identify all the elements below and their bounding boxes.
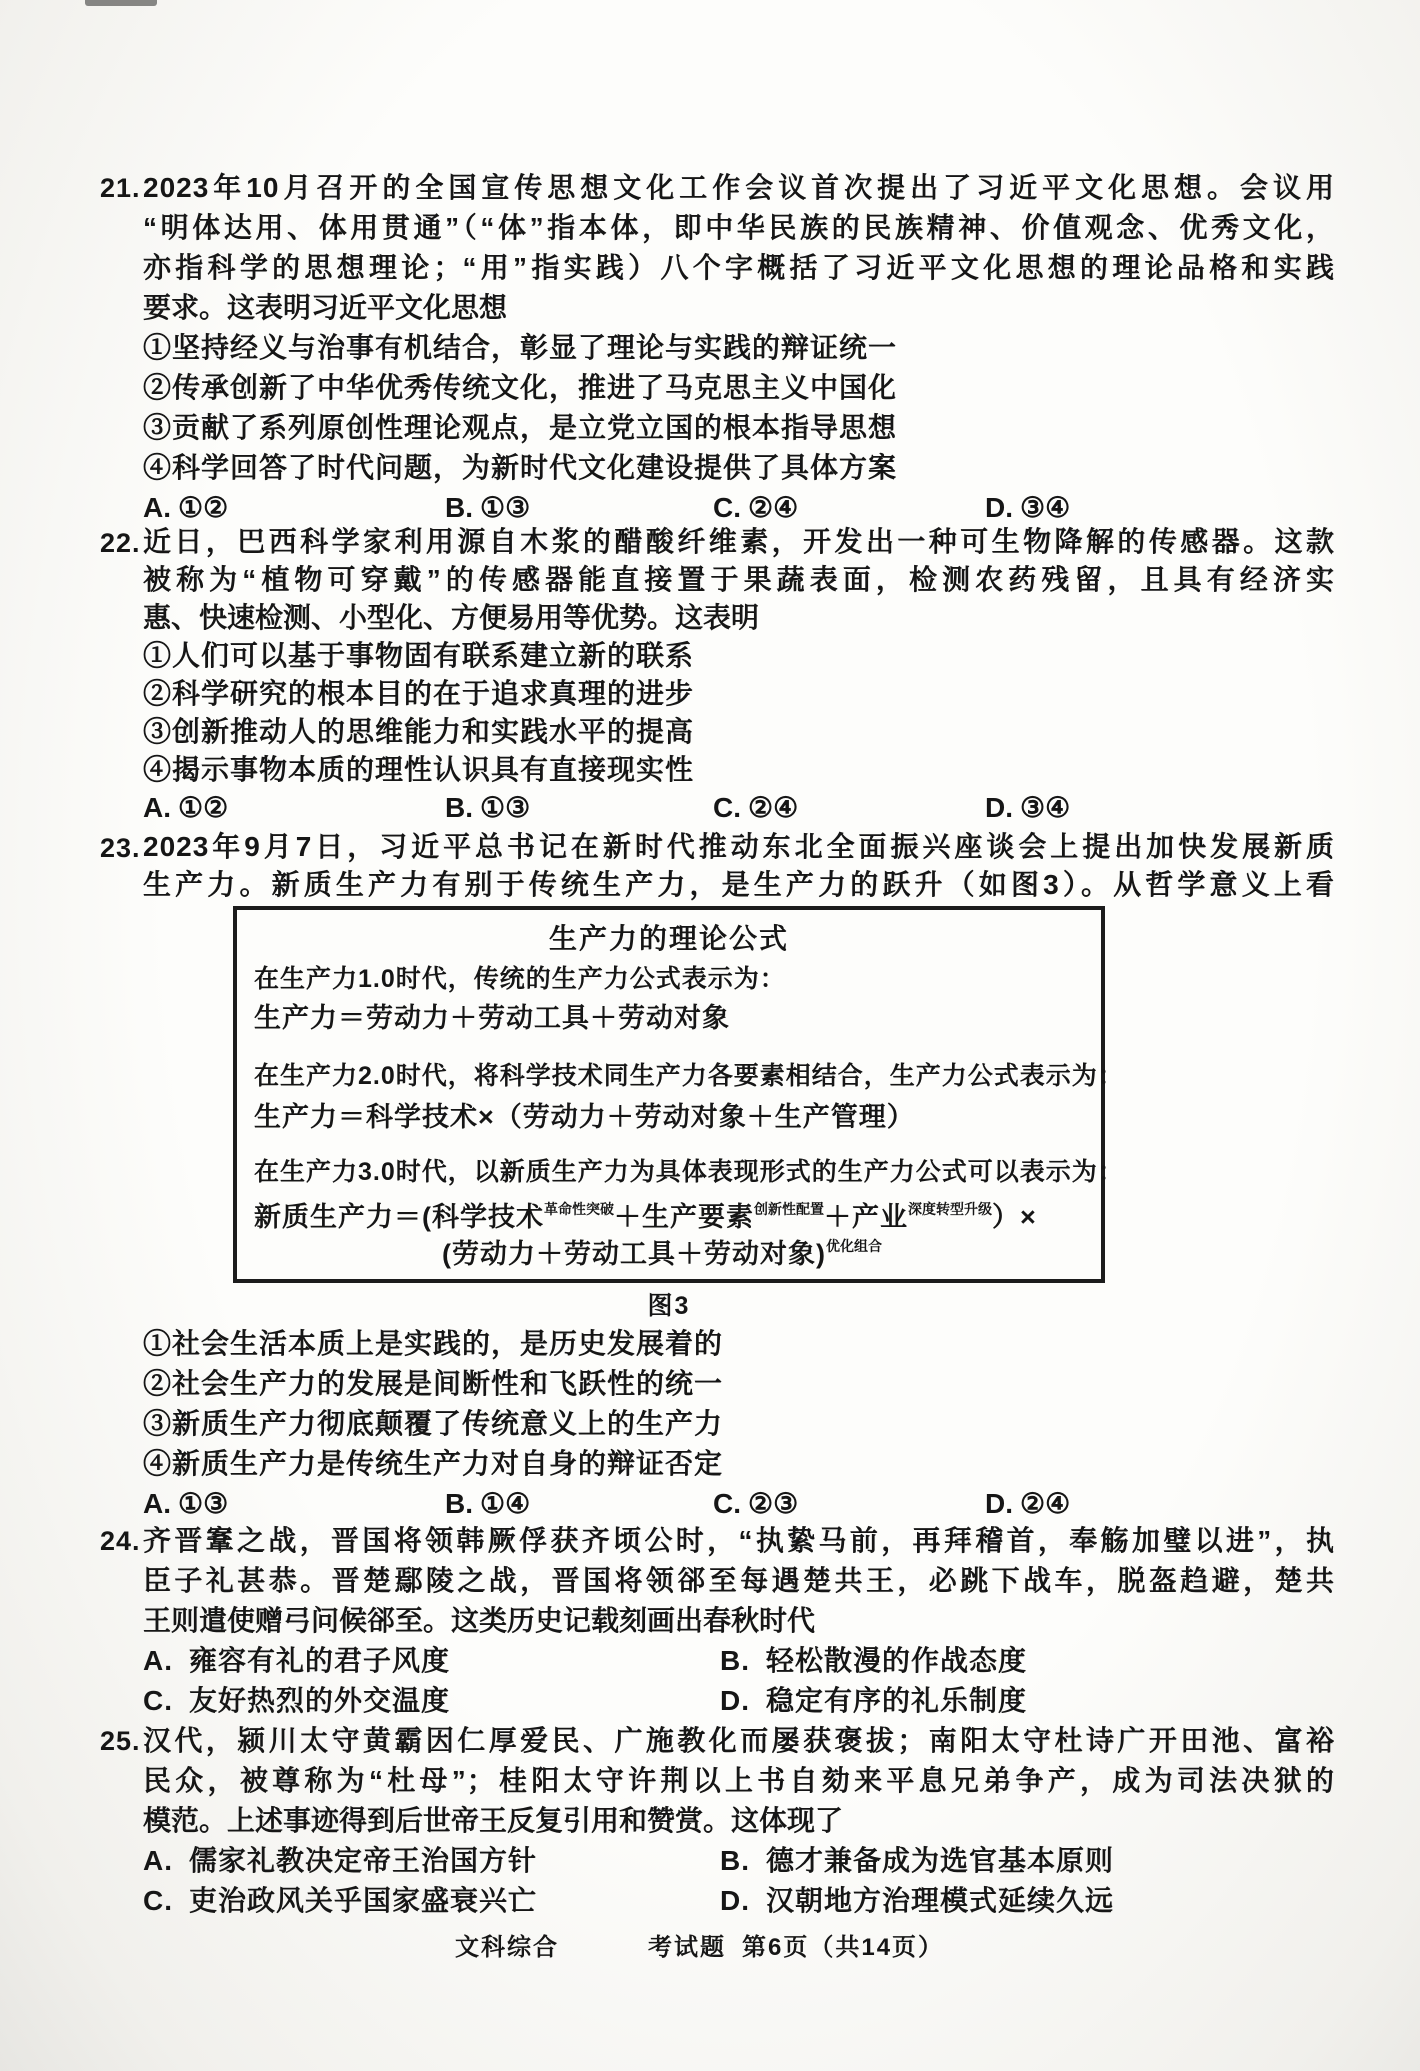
option-label: A. [143, 792, 171, 823]
option-value: ①④ [480, 1488, 530, 1519]
question-25: 25. 汉代，颍川太守黄霸因仁厚爱民、广施教化而屡获褒拔；南阳太守杜诗广开田池、… [100, 1721, 1350, 1921]
option-item: A.①② [143, 789, 228, 827]
statement-list: ①坚持经义与治事有机结合，彰显了理论与实践的辩证统一 ②传承创新了中华优秀传统文… [143, 328, 1335, 488]
stem-line: 2023年9月7日，习近平总书记在新时代推动东北全面振兴座谈会上提出加快发展新质 [143, 828, 1335, 866]
statement-list: ①人们可以基于事物固有联系建立新的联系 ②科学研究的根本目的在于追求真理的进步 … [143, 637, 1335, 789]
question-23: 23. 2023年9月7日，习近平总书记在新时代推动东北全面振兴座谈会上提出加快… [100, 828, 1350, 904]
option-label: D. [985, 1488, 1013, 1519]
option-label: C. [713, 492, 741, 523]
footer-exam-label: 考试题 [648, 1928, 726, 1968]
option-text: 稳定有序的礼乐制度 [766, 1685, 1027, 1716]
options-row: A.①② B.①③ C.②④ D.③④ [143, 789, 1335, 829]
option-label: C. [143, 1885, 173, 1916]
stem-line: 民众，被尊称为“杜母”；桂阳太守许荆以上书自劾来平息兄弟争产，成为司法决狱的 [143, 1761, 1335, 1801]
question-number: 24. [100, 1521, 141, 1561]
option-label: B. [445, 1488, 473, 1519]
formula-superscript: 创新性配置 [754, 1201, 824, 1217]
question-21: 21. 2023年10月召开的全国宣传思想文化工作会议首次提出了习近平文化思想。… [100, 168, 1350, 528]
statement-line: ①社会生活本质上是实践的，是历史发展着的 [143, 1324, 1335, 1364]
formula-line: 生产力＝科学技术×（劳动力＋劳动对象＋生产管理） [254, 1097, 915, 1137]
option-item: A.①③ [143, 1484, 228, 1524]
option-item: D.稳定有序的礼乐制度 [720, 1681, 1027, 1721]
option-item: A.①② [143, 488, 228, 528]
stem-line: 惠、快速检测、小型化、方便易用等优势。这表明 [143, 599, 1335, 637]
stem-line: 齐晋鞌之战，晋国将领韩厥俘获齐顷公时，“执絷马前，再拜稽首，奉觞加璧以进”，执 [143, 1521, 1335, 1561]
stem-line: 王则遣使赠弓问候郤至。这类历史记载刻画出春秋时代 [143, 1601, 1335, 1641]
statement-line: ④新质生产力是传统生产力对自身的辩证否定 [143, 1444, 1335, 1484]
statement-line: ③贡献了系列原创性理论观点，是立党立国的根本指导思想 [143, 408, 1335, 448]
statement-line: ①坚持经义与治事有机结合，彰显了理论与实践的辩证统一 [143, 328, 1335, 368]
options-row: A.①③ B.①④ C.②③ D.②④ [143, 1484, 1335, 1524]
statement-line: ③创新推动人的思维能力和实践水平的提高 [143, 713, 1335, 751]
option-text: 雍容有礼的君子风度 [189, 1645, 450, 1676]
option-label: B. [445, 792, 473, 823]
formula-segment: (劳动力＋劳动工具＋劳动对象) [442, 1239, 826, 1269]
option-value: ①③ [480, 492, 530, 523]
question-23-statements: ①社会生活本质上是实践的，是历史发展着的 ②社会生产力的发展是间断性和飞跃性的统… [100, 1324, 1350, 1524]
footer-page-number: 第6页（共14页） [742, 1928, 944, 1968]
figure-title: 生产力的理论公式 [237, 919, 1101, 959]
formula-segment: ＋产业 [824, 1202, 908, 1232]
statement-line: ④科学回答了时代问题，为新时代文化建设提供了具体方案 [143, 448, 1335, 488]
stem-line: 汉代，颍川太守黄霸因仁厚爱民、广施教化而屡获褒拔；南阳太守杜诗广开田池、富裕 [143, 1721, 1335, 1761]
formula-segment: ）× [992, 1202, 1037, 1232]
option-value: ①② [178, 492, 228, 523]
option-item: C.吏治政风关乎国家盛衰兴亡 [143, 1881, 537, 1921]
option-text: 德才兼备成为选官基本原则 [766, 1845, 1114, 1876]
option-value: ①③ [178, 1488, 228, 1519]
formula-intro-line: 在生产力2.0时代，将科学技术同生产力各要素相结合，生产力公式表示为： [254, 1056, 1124, 1096]
statement-list: ①社会生活本质上是实践的，是历史发展着的 ②社会生产力的发展是间断性和飞跃性的统… [143, 1324, 1335, 1484]
option-label: A. [143, 1645, 173, 1676]
option-label: A. [143, 1845, 173, 1876]
option-text: 汉朝地方治理模式延续久远 [766, 1885, 1114, 1916]
formula-segment: ＋生产要素 [614, 1202, 754, 1232]
option-label: C. [143, 1685, 173, 1716]
figure-caption: 图3 [233, 1286, 1105, 1326]
option-value: ①② [178, 792, 228, 823]
statement-line: ①人们可以基于事物固有联系建立新的联系 [143, 637, 1335, 675]
option-item: A.儒家礼教决定帝王治国方针 [143, 1841, 537, 1881]
footer-subject: 文科综合 [455, 1928, 559, 1968]
page-footer: 文科综合 考试题 第6页（共14页） [0, 1928, 1420, 1968]
stem-line: “明体达用、体用贯通”（“体”指本体，即中华民族的民族精神、价值观念、优秀文化， [143, 208, 1335, 248]
option-value: ③④ [1020, 792, 1070, 823]
formula-segment: 新质生产力＝(科学技术 [254, 1202, 544, 1232]
figure-box: 生产力的理论公式 在生产力1.0时代，传统的生产力公式表示为： 生产力＝劳动力＋… [233, 906, 1105, 1283]
option-value: ②④ [1020, 1488, 1070, 1519]
option-item: C.友好热烈的外交温度 [143, 1681, 450, 1721]
option-item: B.①④ [445, 1484, 530, 1524]
scan-artifact [85, 0, 157, 6]
option-value: ②③ [748, 1488, 798, 1519]
option-label: D. [985, 492, 1013, 523]
option-value: ①③ [480, 792, 530, 823]
option-label: D. [720, 1885, 750, 1916]
question-number: 22. [100, 523, 141, 563]
statement-line: ②科学研究的根本目的在于追求真理的进步 [143, 675, 1335, 713]
statement-line: ③新质生产力彻底颠覆了传统意义上的生产力 [143, 1404, 1335, 1444]
statement-line: ④揭示事物本质的理性认识具有直接现实性 [143, 751, 1335, 789]
question-number: 21. [100, 168, 141, 208]
question-24: 24. 齐晋鞌之战，晋国将领韩厥俘获齐顷公时，“执絷马前，再拜稽首，奉觞加璧以进… [100, 1521, 1350, 1721]
option-label: B. [720, 1845, 750, 1876]
option-item: D.②④ [985, 1484, 1070, 1524]
options-row: A.①② B.①③ C.②④ D.③④ [143, 488, 1335, 528]
options-row: C.友好热烈的外交温度 D.稳定有序的礼乐制度 [143, 1681, 1335, 1721]
option-label: A. [143, 1488, 171, 1519]
statement-line: ②社会生产力的发展是间断性和飞跃性的统一 [143, 1364, 1335, 1404]
option-item: B.①③ [445, 789, 530, 827]
formula-line: (劳动力＋劳动工具＋劳动对象)优化组合 [442, 1234, 882, 1274]
option-label: B. [720, 1645, 750, 1676]
option-item: C.②④ [713, 488, 798, 528]
option-text: 轻松散漫的作战态度 [766, 1645, 1027, 1676]
stem-line: 被称为“植物可穿戴”的传感器能直接置于果蔬表面，检测农药残留，且具有经济实 [143, 561, 1335, 599]
option-item: A.雍容有礼的君子风度 [143, 1641, 450, 1681]
question-22: 22. 近日，巴西科学家利用源自木浆的醋酸纤维素，开发出一种可生物降解的传感器。… [100, 523, 1350, 829]
stem-line: 生产力。新质生产力有别于传统生产力，是生产力的跃升（如图3）。从哲学意义上看 [143, 866, 1335, 904]
options-row: A.雍容有礼的君子风度 B.轻松散漫的作战态度 [143, 1641, 1335, 1681]
option-item: B.轻松散漫的作战态度 [720, 1641, 1027, 1681]
stem-line: 2023年10月召开的全国宣传思想文化工作会议首次提出了习近平文化思想。会议用 [143, 168, 1335, 208]
option-item: C.②④ [713, 789, 798, 827]
option-label: B. [445, 492, 473, 523]
stem-line: 亦指科学的思想理论；“用”指实践）八个字概括了习近平文化思想的理论品格和实践 [143, 248, 1335, 288]
option-text: 吏治政风关乎国家盛衰兴亡 [189, 1885, 537, 1916]
stem-line: 模范。上述事迹得到后世帝王反复引用和赞赏。这体现了 [143, 1801, 1335, 1841]
formula-superscript: 深度转型升级 [908, 1201, 992, 1217]
question-number: 23. [100, 828, 141, 868]
option-text: 友好热烈的外交温度 [189, 1685, 450, 1716]
formula-intro-line: 在生产力3.0时代，以新质生产力为具体表现形式的生产力公式可以表示为： [254, 1152, 1124, 1192]
stem-line: 臣子礼甚恭。晋楚鄢陵之战，晋国将领郤至每遇楚共王，必跳下战车，脱盔趋避，楚共 [143, 1561, 1335, 1601]
stem-line: 要求。这表明习近平文化思想 [143, 288, 1335, 328]
option-label: A. [143, 492, 171, 523]
options-row: C.吏治政风关乎国家盛衰兴亡 D.汉朝地方治理模式延续久远 [143, 1881, 1335, 1921]
option-value: ②④ [748, 492, 798, 523]
formula-line: 生产力＝劳动力＋劳动工具＋劳动对象 [254, 998, 730, 1038]
option-value: ③④ [1020, 492, 1070, 523]
option-item: B.①③ [445, 488, 530, 528]
formula-intro-line: 在生产力1.0时代，传统的生产力公式表示为： [254, 959, 786, 999]
statement-line: ②传承创新了中华优秀传统文化，推进了马克思主义中国化 [143, 368, 1335, 408]
option-item: D.汉朝地方治理模式延续久远 [720, 1881, 1114, 1921]
option-label: D. [720, 1685, 750, 1716]
option-item: B.德才兼备成为选官基本原则 [720, 1841, 1114, 1881]
formula-line: 新质生产力＝(科学技术革命性突破＋生产要素创新性配置＋产业深度转型升级）× [254, 1197, 1037, 1237]
option-label: C. [713, 792, 741, 823]
stem-line: 近日，巴西科学家利用源自木浆的醋酸纤维素，开发出一种可生物降解的传感器。这款 [143, 523, 1335, 561]
question-number: 25. [100, 1721, 141, 1761]
option-label: C. [713, 1488, 741, 1519]
option-value: ②④ [748, 792, 798, 823]
options-row: A.儒家礼教决定帝王治国方针 B.德才兼备成为选官基本原则 [143, 1841, 1335, 1881]
option-item: D.③④ [985, 488, 1070, 528]
formula-superscript: 优化组合 [826, 1238, 882, 1254]
formula-superscript: 革命性突破 [544, 1201, 614, 1217]
option-label: D. [985, 792, 1013, 823]
option-text: 儒家礼教决定帝王治国方针 [189, 1845, 537, 1876]
option-item: D.③④ [985, 789, 1070, 827]
option-item: C.②③ [713, 1484, 798, 1524]
